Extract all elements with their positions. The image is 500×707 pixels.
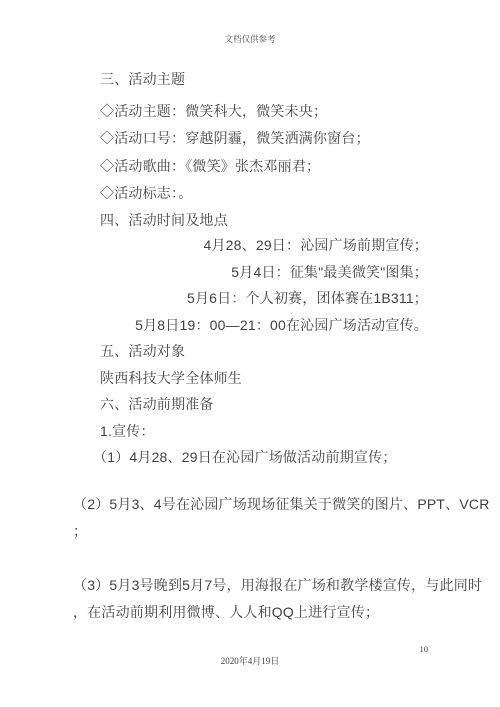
section-heading-3: 三、活动主题 xyxy=(100,72,185,87)
paragraph-item-2: （2）5月3、4号在沁园广场现场征集关于微笑的图片、PPT、VCR xyxy=(73,497,490,512)
bullet-line-song: ◇活动歌曲：《微笑》张杰邓丽君； xyxy=(100,159,320,174)
schedule-line-4: 5月8日19：00—21：00在沁园广场活动宣传。 xyxy=(135,318,428,333)
document-page: 文档仅供参考 三、活动主题 ◇活动主题：微笑科大，微笑未央； ◇活动口号：穿越阴… xyxy=(0,0,500,707)
section-heading-5: 五、活动对象 xyxy=(100,344,185,359)
schedule-line-1: 4月28、29日：沁园广场前期宣传； xyxy=(203,238,428,253)
section-heading-4: 四、活动时间及地点 xyxy=(100,213,228,228)
paragraph-item-3-wrap: ，在活动前期利用微博、人人和QQ上进行宣传； xyxy=(73,605,379,620)
audience-line: 陕西科技大学全体师生 xyxy=(100,371,242,386)
subheading-publicity: 1.宣传： xyxy=(100,424,155,439)
footer-date: 2020年4月19日 xyxy=(72,654,428,667)
bullet-line-logo: ◇活动标志：。 xyxy=(100,186,192,201)
paragraph-item-3: （3）5月3号晚到5月7号，用海报在广场和教学楼宣传，与此同时 xyxy=(73,578,482,593)
schedule-line-2: 5月4日：征集"最美微笑"图集； xyxy=(231,265,428,280)
section-heading-6: 六、活动前期准备 xyxy=(100,397,214,412)
bullet-line-theme: ◇活动主题：微笑科大，微笑未央； xyxy=(100,104,327,119)
header-reference-notice: 文档仅供参考 xyxy=(72,33,428,45)
paragraph-item-2-wrap: ； xyxy=(73,524,87,539)
paragraph-item-1: （1）4月28、29日在沁园广场做活动前期宣传； xyxy=(93,450,397,465)
page-number: 10 xyxy=(420,644,429,654)
schedule-line-3: 5月6日：个人初赛，团体赛在1B311； xyxy=(187,291,428,306)
bullet-line-slogan: ◇活动口号：穿越阴霾，微笑洒满你窗台； xyxy=(100,131,370,146)
